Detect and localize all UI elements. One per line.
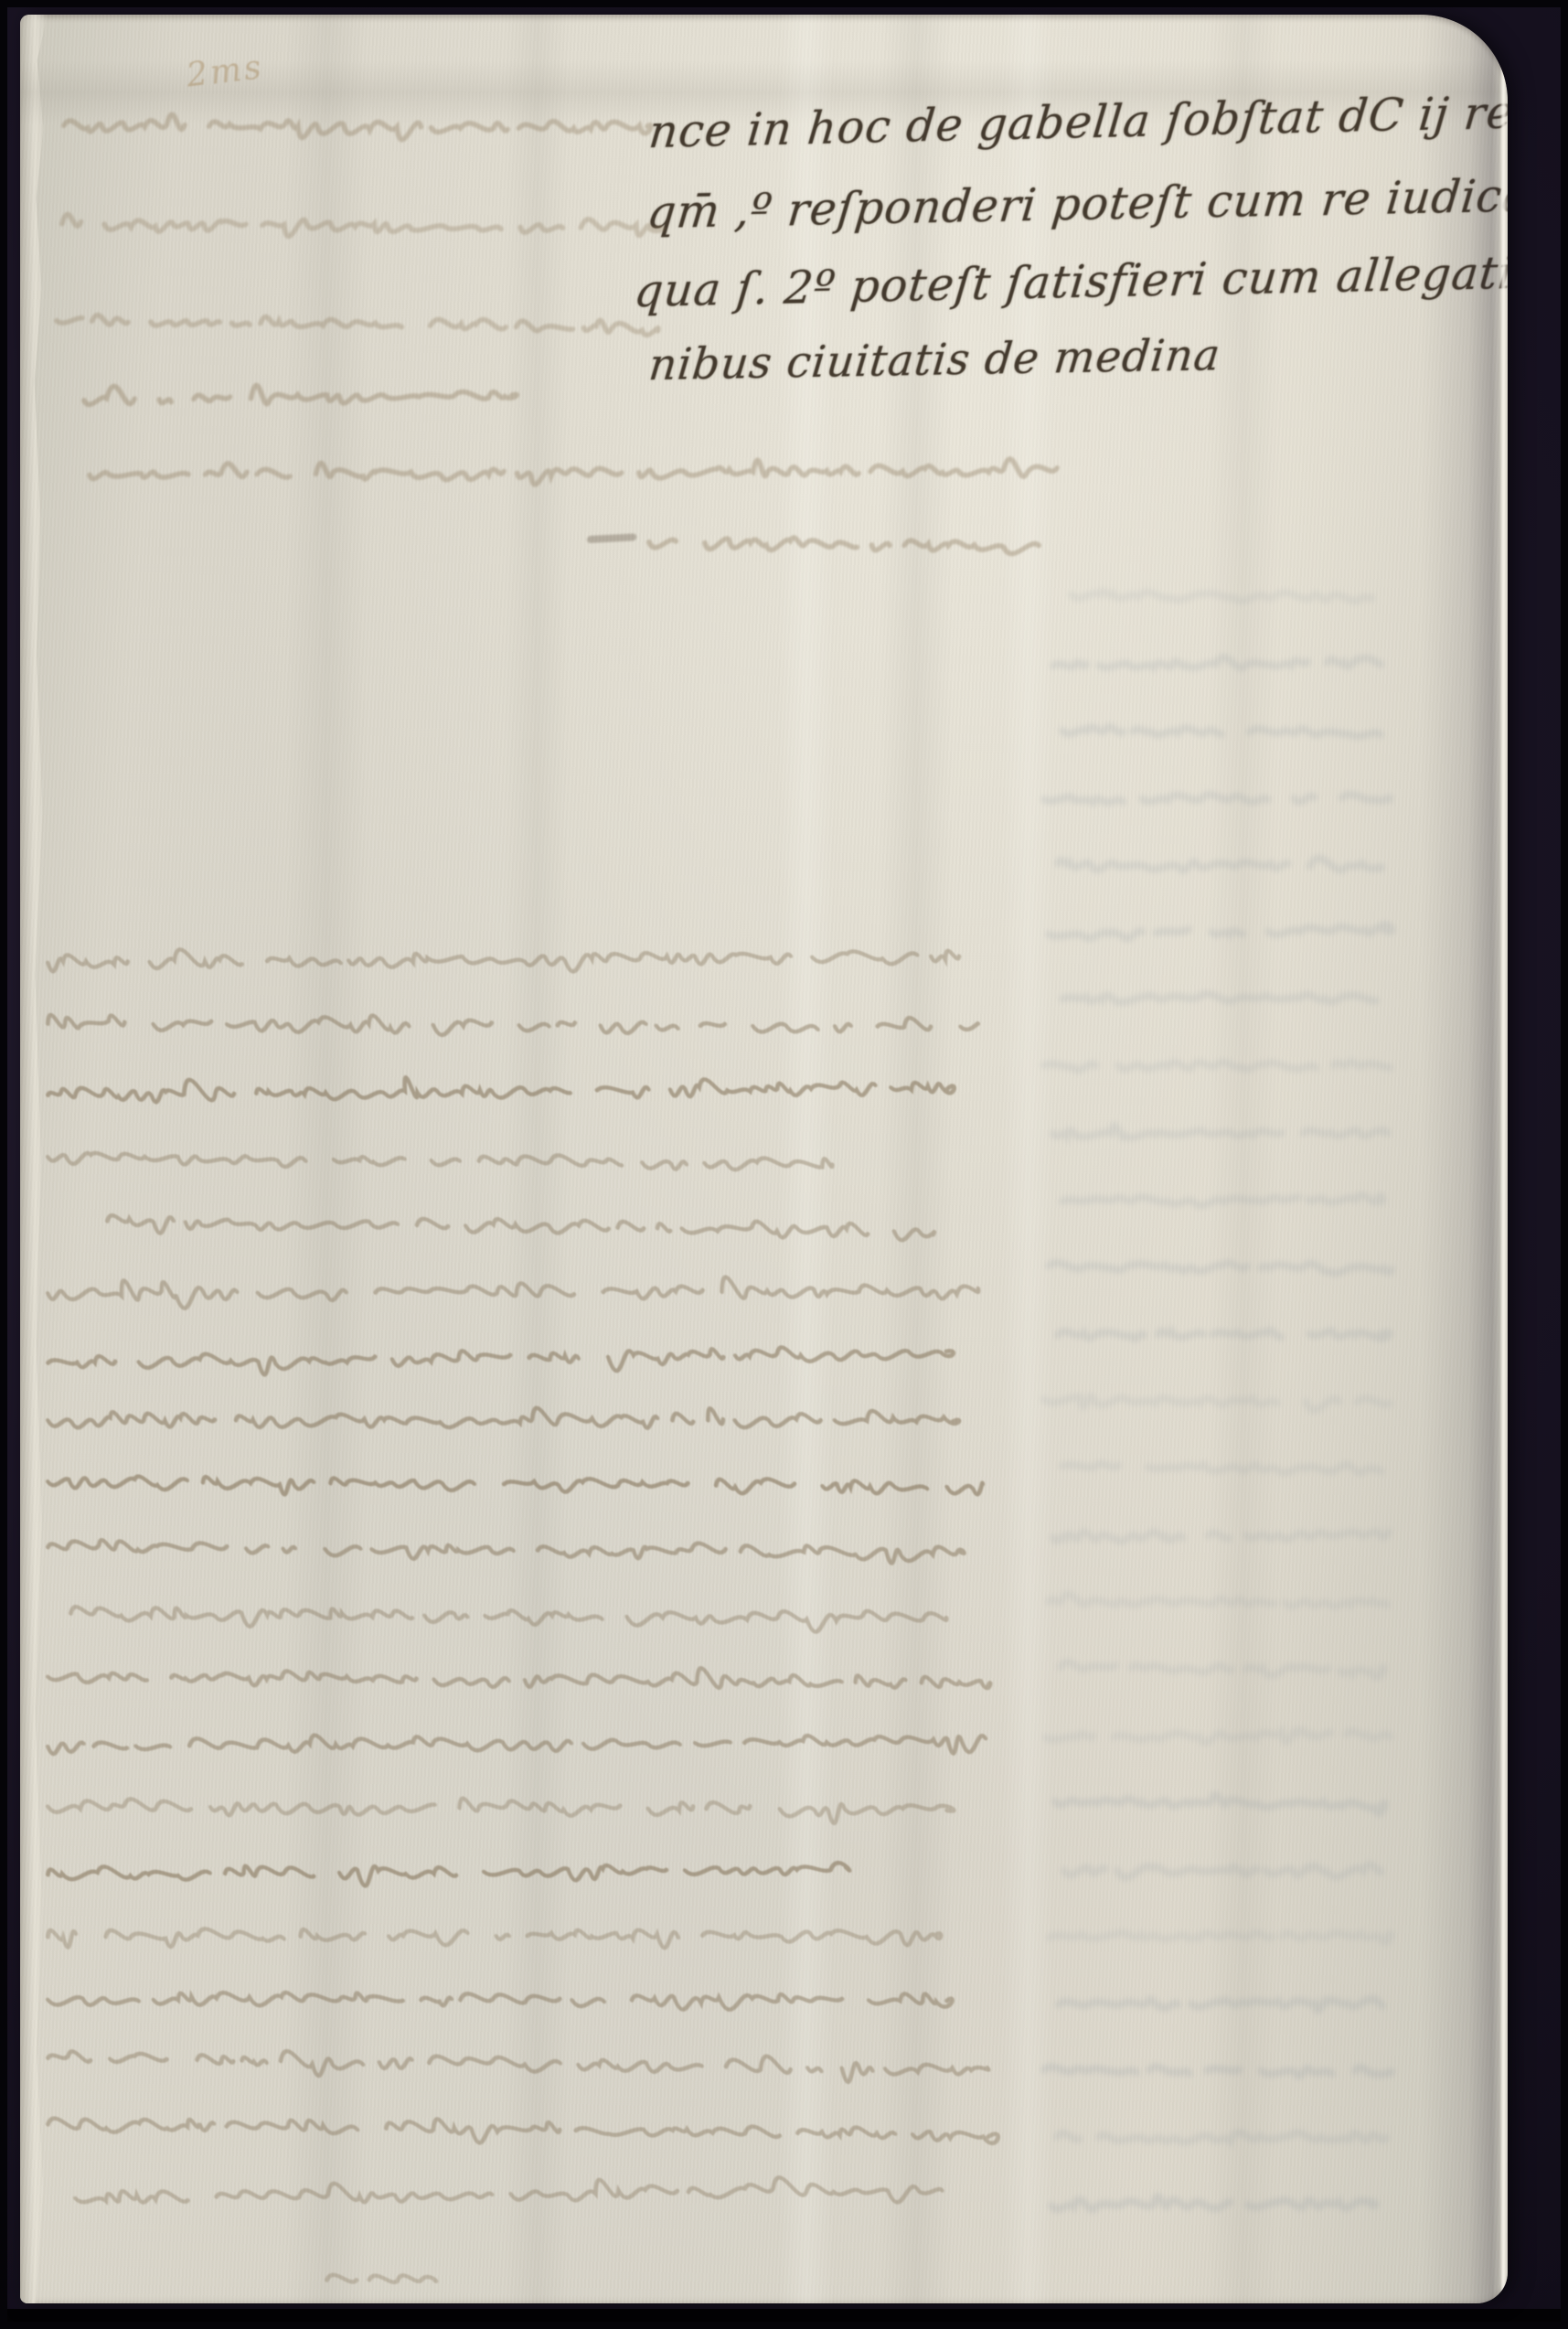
bleedthrough-line-right (1053, 1521, 1390, 1548)
bleedthrough-line (45, 1783, 951, 1828)
bleedthrough-line-right (1049, 1589, 1389, 1614)
faded-handwriting-line (55, 300, 661, 347)
ink-text-line: qm̄ ,º reſponderi poteſt cum re iudicata (645, 168, 1508, 239)
bleedthrough-line (45, 1134, 837, 1183)
bleedthrough-line-right (1072, 582, 1373, 609)
ink-text-line: qua ſ. 2º poteſt ſatisfieri cum allegati (632, 247, 1508, 317)
bleedthrough-line (45, 1977, 951, 2020)
page-curl-highlight (1501, 15, 1506, 2303)
scan-frame: 2ms nce in hoc de gabella ſobſtat dC ij … (0, 0, 1568, 2329)
manuscript-page: 2ms nce in hoc de gabella ſobſtat dC ij … (20, 15, 1508, 2303)
faded-handwriting-line (89, 450, 1061, 493)
bleedthrough-line-right (1058, 850, 1382, 878)
bleedthrough-line-right (1049, 1253, 1392, 1280)
bleedthrough-line (68, 1590, 951, 1638)
bleedthrough-line (45, 933, 965, 981)
bleedthrough-line (72, 2166, 947, 2217)
bleedthrough-line-right (1058, 1320, 1382, 1346)
page-curl-shadow (1421, 15, 1508, 2303)
bleedthrough-line-right (1062, 1186, 1382, 1213)
bleedthrough-line (45, 1330, 952, 1383)
bleedthrough-line-right (1062, 986, 1378, 1010)
bleedthrough-line-right (1049, 917, 1387, 945)
bleedthrough-line-right (1050, 1923, 1390, 1949)
bleedthrough-line (45, 1268, 984, 1312)
bleedthrough-line (324, 2257, 440, 2300)
bleedthrough-line (45, 1846, 851, 1894)
faded-handwriting-line (583, 520, 1043, 565)
bleedthrough-line-right (1062, 1453, 1382, 1480)
bleedthrough-line (45, 2035, 992, 2089)
torn-left-edge (20, 15, 48, 2303)
bleedthrough-line (45, 1524, 965, 1572)
bleedthrough-line-right (1061, 1654, 1382, 1682)
bleedthrough-line (45, 1397, 955, 1439)
bleedthrough-line (45, 1458, 987, 1506)
bleedthrough-line (45, 1653, 992, 1702)
folio-mark: 2ms (185, 48, 266, 95)
bleedthrough-line-right (1053, 1120, 1387, 1145)
ink-text-line: nibus ciuitatis de medina (646, 330, 1223, 390)
bleedthrough-line (45, 1718, 993, 1766)
faded-handwriting-line (60, 203, 656, 246)
bleedthrough-line (45, 1912, 943, 1956)
bleedthrough-line-right (1053, 649, 1382, 677)
bleedthrough-line-right (1046, 1721, 1392, 1748)
bleedthrough-line-right (1044, 785, 1392, 810)
bleedthrough-line-right (1059, 1990, 1384, 2015)
faded-handwriting-line (83, 374, 515, 417)
bleedthrough-line-right (1051, 2191, 1373, 2217)
bleedthrough-line-right (1044, 2057, 1392, 2081)
bleedthrough-line (45, 1000, 983, 1045)
dash-mark (591, 537, 633, 540)
bleedthrough-line-right (1064, 1856, 1382, 1881)
ink-text-line: nce in hoc de gabella ſobſtat dC ij reco… (646, 84, 1508, 158)
bleedthrough-line-right (1062, 718, 1382, 743)
bleedthrough-line-right (1044, 1386, 1392, 1413)
faded-handwriting-line (62, 104, 650, 146)
bleedthrough-line (45, 2101, 992, 2154)
bleedthrough-line (45, 1064, 952, 1115)
bleedthrough-line (104, 1198, 937, 1251)
bleedthrough-line-right (1057, 2124, 1388, 2151)
bleedthrough-line-right (1055, 1789, 1384, 1817)
bleedthrough-line-right (1044, 1052, 1392, 1076)
